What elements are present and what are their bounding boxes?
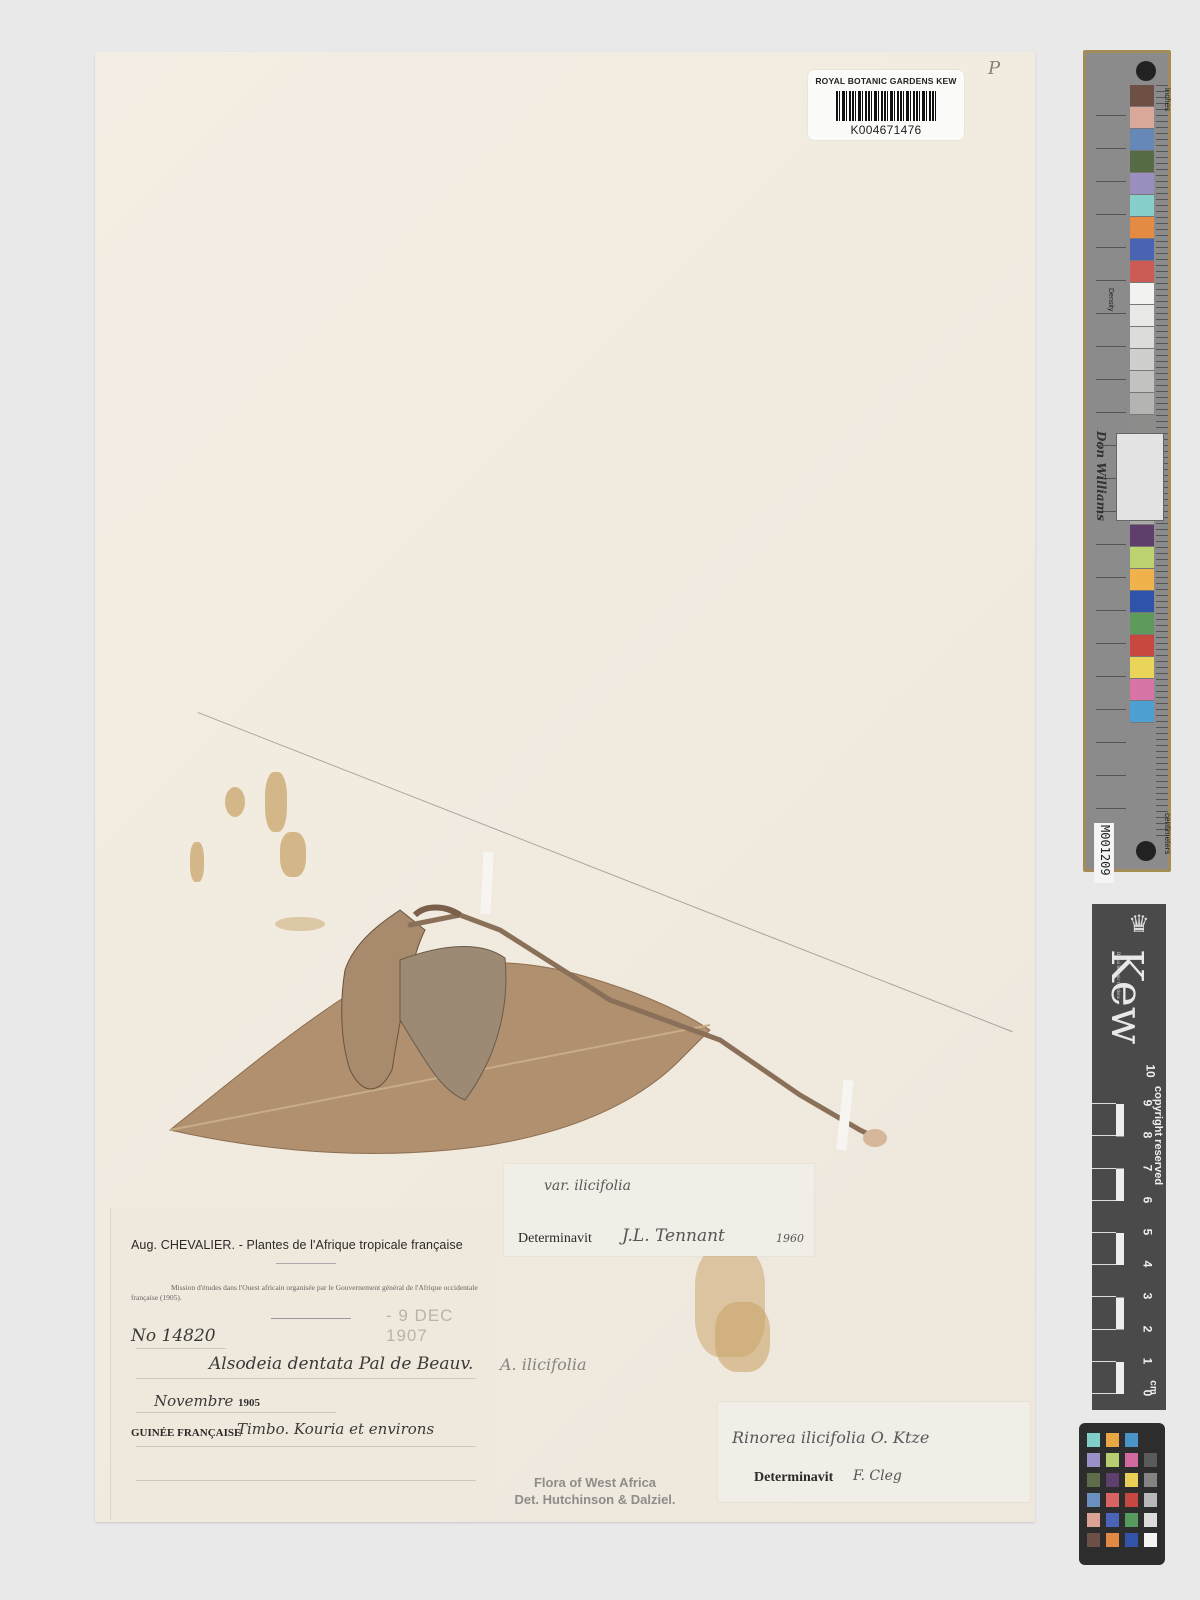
cm-unit-label: cm (1148, 1380, 1159, 1394)
ruler-number: 8 (1140, 1132, 1154, 1139)
determiner-signature: J.L. Tennant (622, 1226, 725, 1246)
label-title: Aug. CHEVALIER. - Plantes de l'Afrique t… (131, 1238, 463, 1252)
color-calibration-bar: inches Density Don Williams centimeters … (1083, 50, 1171, 872)
color-patches (1130, 85, 1154, 723)
color-patch (1130, 85, 1154, 107)
color-patch (1130, 173, 1154, 195)
cm-block (1092, 1297, 1116, 1329)
brand-label: Don Williams (1094, 431, 1108, 521)
gray-target (1116, 433, 1164, 521)
punch-hole (1136, 841, 1156, 861)
checker-swatch (1106, 1533, 1119, 1547)
reference-id-tag: M001209 (1094, 823, 1114, 883)
determinavit-slip-2: Rinorea ilicifolia O. Ktze Determinavit … (718, 1402, 1030, 1502)
variety-annotation: var. ilicifolia (544, 1178, 631, 1194)
color-patch (1130, 195, 1154, 217)
kew-subtitle: Royal Botanic Gardens (1115, 952, 1120, 999)
checker-swatch (1144, 1473, 1157, 1487)
determinavit-label: Determinavit (754, 1470, 833, 1486)
rule-line (136, 1348, 226, 1349)
ruler-number: 7 (1140, 1164, 1154, 1171)
cm-block (1092, 1362, 1116, 1394)
flora-stamp: Flora of West Africa Det. Hutchinson & D… (495, 1474, 695, 1508)
punch-hole (1136, 61, 1156, 81)
color-patch (1130, 569, 1154, 591)
color-patch (1130, 371, 1154, 393)
ruler-number: 5 (1140, 1229, 1154, 1236)
checker-swatch (1087, 1533, 1100, 1547)
corner-mark: P (988, 58, 1000, 79)
divider (271, 1318, 351, 1319)
checker-swatch (1144, 1453, 1157, 1467)
stain (715, 1302, 770, 1372)
checker-swatch (1087, 1433, 1100, 1447)
color-patch (1130, 657, 1154, 679)
checker-swatch (1087, 1473, 1100, 1487)
mm-strip (1116, 1072, 1124, 1394)
checker-swatch (1144, 1433, 1157, 1447)
checker-swatch (1106, 1433, 1119, 1447)
cm-block (1092, 1265, 1116, 1297)
checker-swatch (1106, 1453, 1119, 1467)
cm-block (1092, 1136, 1116, 1168)
color-patch (1130, 635, 1154, 657)
cm-block (1092, 1201, 1116, 1233)
checker-swatch (1144, 1493, 1157, 1507)
checker-swatch (1106, 1493, 1119, 1507)
pencil-annotation: A. ilicifolia (500, 1355, 586, 1374)
kew-logo: Kew (1101, 949, 1152, 1044)
checker-swatch (1144, 1513, 1157, 1527)
determination-year: 1960 (776, 1232, 804, 1245)
color-patch (1130, 701, 1154, 723)
cm-block (1092, 1330, 1116, 1362)
checker-swatch (1144, 1533, 1157, 1547)
taxon-name: Alsodeia dentata Pal de Beauv. (209, 1354, 473, 1374)
inches-label: inches (1163, 88, 1172, 111)
collection-number: No 14820 (131, 1326, 216, 1346)
checker-swatch (1087, 1493, 1100, 1507)
ruler-number: 4 (1140, 1261, 1154, 1268)
collection-year: 1905 (238, 1397, 260, 1409)
collection-month: Novembre (154, 1392, 233, 1410)
color-patch (1130, 107, 1154, 129)
cm-block (1092, 1169, 1116, 1201)
checker-swatch (1106, 1513, 1119, 1527)
checker-swatch (1125, 1493, 1138, 1507)
checker-swatch (1125, 1473, 1138, 1487)
received-date-stamp: - 9 DEC 1907 (386, 1306, 495, 1346)
color-patch (1130, 151, 1154, 173)
color-patch (1130, 305, 1154, 327)
color-patch (1130, 679, 1154, 701)
color-patch (1130, 613, 1154, 635)
cm-block (1092, 1233, 1116, 1265)
density-label: Density (1107, 288, 1114, 311)
ruler-number: 3 (1140, 1293, 1154, 1300)
color-patch (1130, 217, 1154, 239)
centimeters-label: centimeters (1163, 813, 1172, 854)
cm-blocks (1092, 1072, 1116, 1394)
determinavit-label: Determinavit (518, 1231, 592, 1247)
collector-prefix: Aug. (131, 1238, 157, 1252)
rule-line (136, 1378, 476, 1379)
color-patch (1130, 239, 1154, 261)
ruler-number: 10 (1144, 1064, 1158, 1077)
color-patch (1130, 283, 1154, 305)
color-patch (1130, 349, 1154, 371)
checker-swatch (1125, 1533, 1138, 1547)
checker-swatch (1125, 1513, 1138, 1527)
rule-line (136, 1480, 476, 1481)
collector-label: Aug. CHEVALIER. - Plantes de l'Afrique t… (110, 1208, 495, 1520)
ruler-numbers: 109876543210 (1144, 1072, 1164, 1394)
cm-block (1092, 1072, 1116, 1104)
flora-stamp-line2: Det. Hutchinson & Dalziel. (495, 1491, 695, 1508)
checker-swatch (1087, 1453, 1100, 1467)
kew-scale-ruler: ♛ Kew Royal Botanic Gardens copyright re… (1092, 904, 1166, 1410)
determinavit-slip-1: var. ilicifolia Determinavit J.L. Tennan… (504, 1164, 814, 1256)
color-patch (1130, 393, 1154, 415)
locality: Timbo. Kouria et environs (237, 1420, 434, 1438)
color-checker (1079, 1423, 1165, 1565)
divider (276, 1263, 336, 1264)
checker-grid (1087, 1433, 1157, 1547)
barcode-institution: ROYAL BOTANIC GARDENS KEW (808, 76, 964, 86)
ruler-number: 9 (1140, 1100, 1154, 1107)
barcode-label: ROYAL BOTANIC GARDENS KEW K004671476 (808, 70, 964, 140)
checker-swatch (1125, 1453, 1138, 1467)
color-patch (1130, 129, 1154, 151)
checker-swatch (1125, 1433, 1138, 1447)
color-patch (1130, 327, 1154, 349)
rule-line (136, 1446, 476, 1447)
checker-swatch (1106, 1473, 1119, 1487)
leaf-specimen (160, 760, 910, 1160)
ruler-number: 2 (1140, 1325, 1154, 1332)
color-patch (1130, 591, 1154, 613)
crest-icon: ♛ (1122, 910, 1156, 942)
series-title: - Plantes de l'Afrique tropicale françai… (239, 1238, 463, 1252)
rule-line (136, 1412, 336, 1413)
barcode-icon (836, 91, 936, 121)
collector-name: CHEVALIER. (161, 1238, 235, 1252)
reference-id: M001209 (1098, 825, 1112, 876)
ruler-number: 6 (1140, 1196, 1154, 1203)
cm-block (1092, 1104, 1116, 1136)
color-patch (1130, 525, 1154, 547)
ruler-number: 1 (1140, 1357, 1154, 1364)
determiner-signature: F. Cleg (853, 1468, 902, 1484)
region: GUINÉE FRANÇAISE (131, 1427, 241, 1439)
mission-text: Mission d'études dans l'Ouest africain o… (131, 1283, 486, 1303)
color-patch (1130, 261, 1154, 283)
barcode-number: K004671476 (808, 123, 964, 137)
checker-swatch (1087, 1513, 1100, 1527)
species-name: Rinorea ilicifolia O. Ktze (732, 1428, 929, 1447)
color-patch (1130, 547, 1154, 569)
flora-stamp-line1: Flora of West Africa (495, 1474, 695, 1491)
